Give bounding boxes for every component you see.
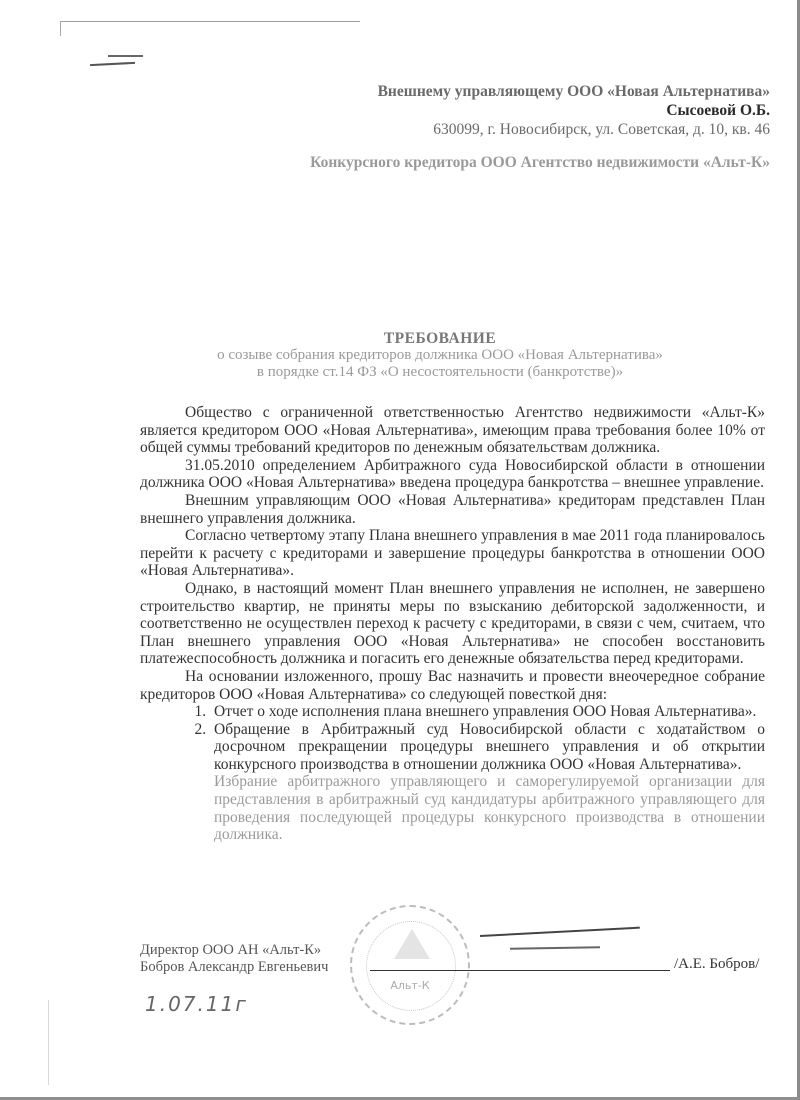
signatory-position: Директор ООО АН «Альт-К» bbox=[140, 942, 328, 959]
signature-line bbox=[370, 970, 670, 971]
paragraph: На основании изложенного, прошу Вас назн… bbox=[140, 668, 765, 703]
signatory-full-name: Бобров Александр Евгеньевич bbox=[140, 959, 328, 976]
handwritten-date: 1.07.11г bbox=[145, 992, 248, 1016]
stamp-logo-icon bbox=[394, 929, 430, 959]
addressee-line-1: Внешнему управляющему ООО «Новая Альтерн… bbox=[378, 82, 770, 101]
sender-line: Конкурсного кредитора ООО Агентство недв… bbox=[310, 153, 770, 172]
document-heading: ТРЕБОВАНИЕ о созыве собрания кредиторов … bbox=[180, 330, 700, 381]
addressee-title: Внешнему управляющему ООО «Новая Альтерн… bbox=[378, 83, 770, 100]
paragraph: 31.05.2010 определением Арбитражного суд… bbox=[140, 457, 765, 492]
scan-artifact-line bbox=[48, 1000, 49, 1085]
agenda-item: Избрание арбитражного управляющего и сам… bbox=[210, 773, 765, 843]
paragraph: Внешним управляющим ООО «Новая Альтернат… bbox=[140, 492, 765, 527]
scan-artifact-top-rule bbox=[60, 21, 360, 22]
document-subtitle-2: в порядке ст.14 ФЗ «О несостоятельности … bbox=[180, 364, 700, 381]
sender-name: Конкурсного кредитора ООО Агентство недв… bbox=[310, 154, 770, 171]
document-subtitle-1: о созыве собрания кредиторов должника ОО… bbox=[180, 347, 700, 364]
company-stamp: Альт-К bbox=[350, 905, 470, 1025]
paragraph: Согласно четвертому этапу Плана внешнего… bbox=[140, 527, 765, 580]
agenda-item: Отчет о ходе исполнения плана внешнего у… bbox=[210, 703, 765, 721]
scan-artifact-tick bbox=[60, 21, 61, 36]
scanned-document-page: Внешнему управляющему ООО «Новая Альтерн… bbox=[0, 0, 800, 1100]
stamp-text: Альт-К bbox=[352, 979, 468, 992]
signatory-block: Директор ООО АН «Альт-К» Бобров Александ… bbox=[140, 942, 328, 976]
document-title: ТРЕБОВАНИЕ bbox=[180, 330, 700, 347]
signatory-short-name: /А.Е. Бобров/ bbox=[674, 956, 759, 973]
document-body: Общество с ограниченной ответственностью… bbox=[140, 404, 765, 844]
agenda-list: Отчет о ходе исполнения плана внешнего у… bbox=[140, 703, 765, 844]
addressee-address: 630099, г. Новосибирск, ул. Советская, д… bbox=[433, 120, 770, 139]
addressee-name: Сысоевой О.Б. bbox=[666, 102, 770, 119]
agenda-item: Обращение в Арбитражный суд Новосибирско… bbox=[210, 721, 765, 774]
addressee-line-2: Сысоевой О.Б. bbox=[666, 101, 770, 120]
paragraph: Общество с ограниченной ответственностью… bbox=[140, 404, 765, 457]
signature-stroke bbox=[480, 927, 640, 937]
scan-artifact-mark bbox=[108, 55, 143, 57]
signature-stroke bbox=[510, 946, 600, 950]
paragraph: Однако, в настоящий момент План внешнего… bbox=[140, 580, 765, 668]
scan-artifact-mark bbox=[90, 62, 135, 66]
